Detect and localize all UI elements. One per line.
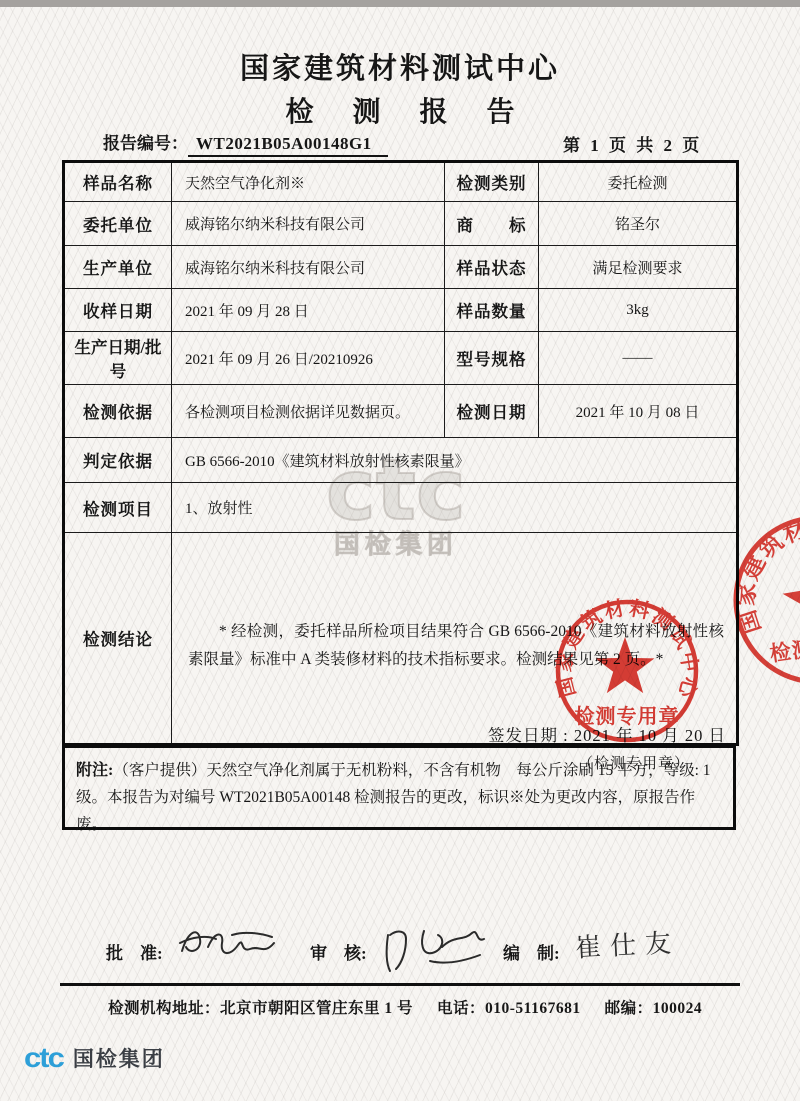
footer-zip: 邮编：100024 — [605, 1000, 703, 1017]
field-value: 3kg — [539, 289, 738, 332]
page-info: 第 1 页 共 2 页 — [563, 131, 702, 156]
field-value: 威海铭尔纳米科技有限公司 — [172, 246, 445, 289]
field-value: GB 6566-2010《建筑材料放射性核素限量》 — [172, 438, 738, 483]
field-label: 样品名称 — [64, 162, 172, 202]
note-text: （客户提供）天然空气净化剂属于无机粉料，不含有机物 每公斤涂刷 15 平方，等级… — [76, 762, 711, 833]
field-label: 商 标 — [445, 202, 539, 246]
seal-ring-text: 国家建筑材料测试中心 — [733, 505, 800, 639]
field-label: 生产单位 — [64, 246, 172, 289]
field-value: —— — [539, 332, 738, 385]
field-label: 判定依据 — [64, 438, 172, 483]
partial-seal-right: 国家建筑材料测试中心 检测专用章 — [733, 505, 800, 700]
note-box: 附注:（客户提供）天然空气净化剂属于无机粉料，不含有机物 每公斤涂刷 15 平方… — [62, 745, 736, 830]
table-row: 收样日期 2021 年 09 月 28 日 样品数量 3kg — [64, 289, 738, 332]
field-label: 收样日期 — [64, 289, 172, 332]
field-value: 2021 年 09 月 26 日/20210926 — [172, 332, 445, 385]
table-row: 判定依据 GB 6566-2010《建筑材料放射性核素限量》 — [64, 438, 738, 483]
table-row: 检测依据 各检测项目检测依据详见数据页。 检测日期 2021 年 10 月 08… — [64, 385, 738, 438]
review-label: 审 核: — [310, 939, 367, 964]
table-row: 样品名称 天然空气净化剂※ 检测类别 委托检测 — [64, 162, 738, 202]
report-number-value: WT2021B05A00148G1 — [188, 134, 388, 157]
report-number-label: 报告编号： — [103, 134, 188, 153]
table-row: 检测项目 1、放射性 — [64, 483, 738, 533]
field-value: 各检测项目检测依据详见数据页。 — [172, 385, 445, 438]
field-value: 2021 年 09 月 28 日 — [172, 289, 445, 332]
seal-bottom-text: 检测专用章 — [575, 704, 680, 728]
footer-contact-line: 检测机构地址：北京市朝阳区管庄东里 1 号电话：010-51167681邮编：1… — [108, 996, 748, 1018]
field-label: 检测项目 — [64, 483, 172, 533]
org-title: 国家建筑材料测试中心 — [0, 46, 800, 87]
note-label: 附注: — [76, 762, 113, 779]
seal-bottom-text: 检测专用章 — [768, 627, 800, 666]
field-value: 2021 年 10 月 08 日 — [539, 385, 738, 438]
report-page: ctc 国检集团 国家建筑材料测试中心 检 测 报 告 报告编号：WT2021B… — [0, 0, 800, 1101]
table-row: 委托单位 威海铭尔纳米科技有限公司 商 标 铭圣尔 — [64, 202, 738, 246]
prepare-label: 编 制: — [503, 939, 560, 964]
field-label: 生产日期/批号 — [64, 332, 172, 385]
scan-edge-strip — [0, 0, 800, 7]
field-value: 委托检测 — [539, 162, 738, 202]
footer-divider — [60, 983, 740, 986]
field-label: 样品数量 — [445, 289, 539, 332]
field-value: 满足检测要求 — [539, 246, 738, 289]
field-label: 检测依据 — [64, 385, 172, 438]
field-value: 1、放射性 — [172, 483, 738, 533]
official-seal: 国家建筑材料测试中心 检测专用章 — [546, 598, 708, 746]
table-row: 生产单位 威海铭尔纳米科技有限公司 样品状态 满足检测要求 — [64, 246, 738, 289]
approve-label: 批 准: — [106, 939, 163, 964]
seal-star-icon — [596, 637, 655, 693]
prepare-signature-name: 崔仕友 — [574, 922, 681, 964]
conclusion-label: 检测结论 — [64, 533, 172, 745]
ctc-logo-icon: ctc — [24, 1045, 63, 1072]
field-value: 铭圣尔 — [539, 202, 738, 246]
footer-address: 检测机构地址：北京市朝阳区管庄东里 1 号 — [108, 1000, 413, 1017]
signature-row: 批 准: 审 核: 编 制: 崔仕友 — [0, 915, 800, 975]
doc-title: 检 测 报 告 — [0, 90, 800, 130]
field-label: 样品状态 — [445, 246, 539, 289]
field-label: 型号规格 — [445, 332, 539, 385]
field-value: 天然空气净化剂※ — [172, 162, 445, 202]
review-signature-scribble — [380, 921, 495, 977]
approve-signature-scribble — [172, 917, 282, 971]
ctc-brand-logo: ctc 国检集团 — [24, 1043, 165, 1073]
report-number-line: 报告编号：WT2021B05A00148G1 — [103, 129, 388, 157]
field-label: 委托单位 — [64, 202, 172, 246]
field-label: 检测类别 — [445, 162, 539, 202]
table-row: 生产日期/批号 2021 年 09 月 26 日/20210926 型号规格 —… — [64, 332, 738, 385]
field-value: 威海铭尔纳米科技有限公司 — [172, 202, 445, 246]
svg-text:国家建筑材料测试中心: 国家建筑材料测试中心 — [733, 505, 800, 639]
brand-group-name: 国检集团 — [73, 1047, 165, 1073]
seal-star-icon — [779, 560, 800, 634]
field-label: 检测日期 — [445, 385, 539, 438]
footer-phone: 电话：010-51167681 — [437, 1000, 581, 1017]
